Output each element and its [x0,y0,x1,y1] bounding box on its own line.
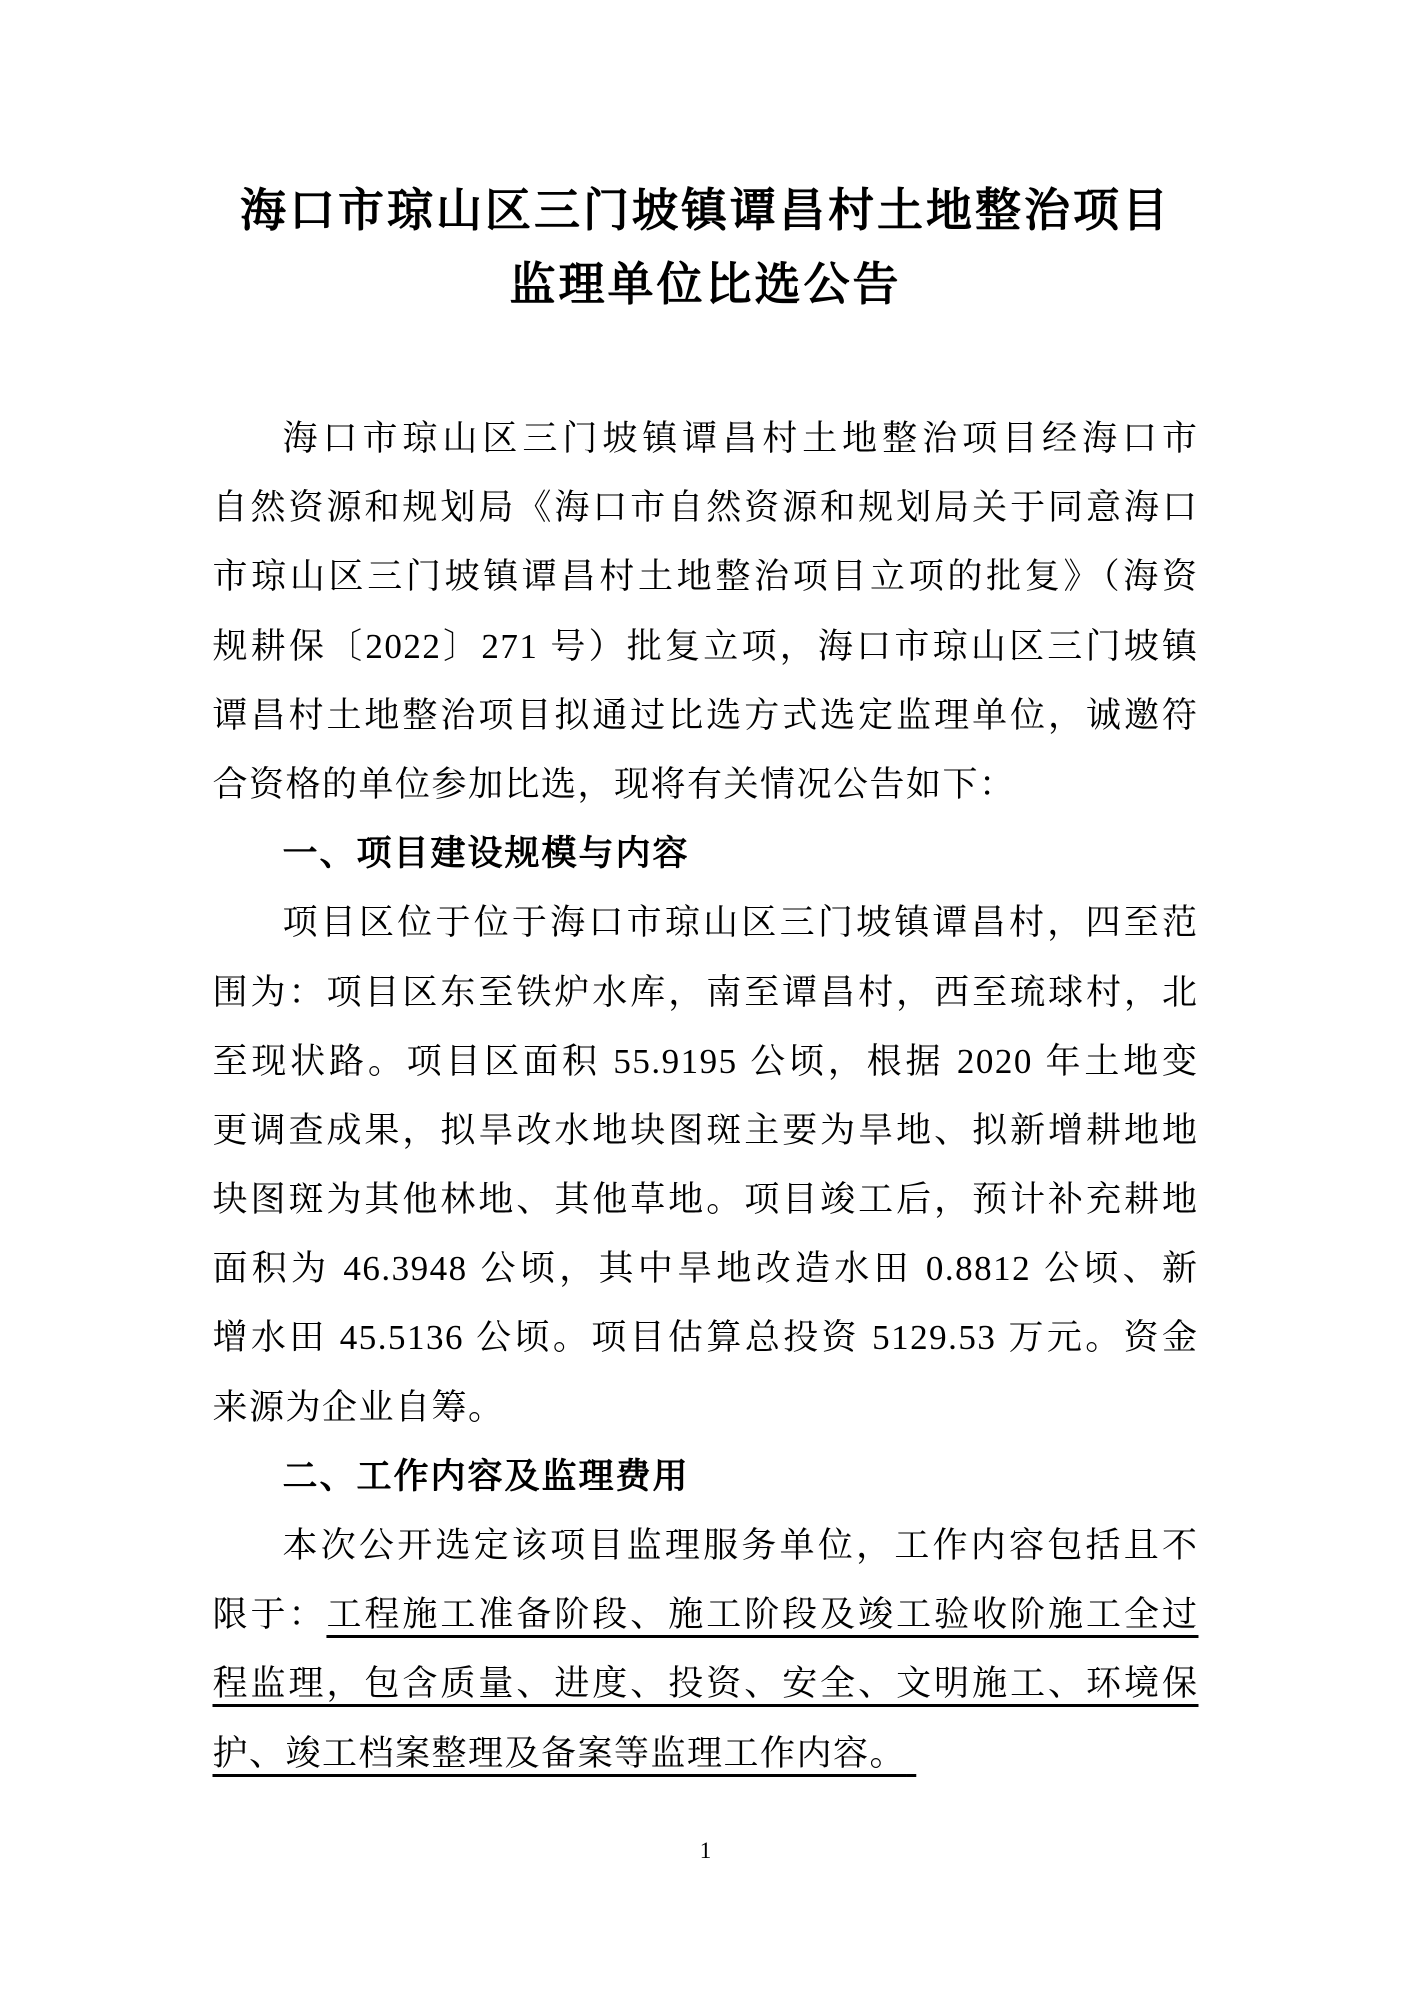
underlined-text: 程监理，包含质量、进度、投资、安全、文明施工、环境保 [213,1664,1199,1703]
document-line: 自然资源和规划局《海口市自然资源和规划局关于同意海口 [213,473,1199,542]
line-text: 至现状路。项目区面积 55.9195 公顷，根据 2020 年土地变 [213,1042,1199,1081]
document-line: 谭昌村土地整治项目拟通过比选方式选定监理单位，诚邀符 [213,681,1199,750]
page-number: 1 [0,1838,1411,1864]
line-text: 增水田 45.5136 公顷。项目估算总投资 5129.53 万元。资金 [213,1318,1199,1357]
line-text: 自然资源和规划局《海口市自然资源和规划局关于同意海口 [213,488,1199,527]
document-page: 海口市琼山区三门坡镇谭昌村土地整治项目 监理单位比选公告 海口市琼山区三门坡镇谭… [0,0,1411,1995]
document-line: 海口市琼山区三门坡镇谭昌村土地整治项目经海口市 [213,404,1199,473]
document-line: 项目区位于位于海口市琼山区三门坡镇谭昌村，四至范 [213,888,1199,957]
document-title: 海口市琼山区三门坡镇谭昌村土地整治项目 监理单位比选公告 [0,0,1411,322]
line-text: 谭昌村土地整治项目拟通过比选方式选定监理单位，诚邀符 [213,696,1199,735]
section-heading: 一、项目建设规模与内容 [213,819,1199,888]
line-text: 市琼山区三门坡镇谭昌村土地整治项目立项的批复》（海资 [213,557,1199,596]
line-text: 更调查成果，拟旱改水地块图斑主要为旱地、拟新增耕地地 [213,1111,1199,1150]
line-text: 合资格的单位参加比选，现将有关情况公告如下： [213,765,1016,804]
underlined-text: 工程施工准备阶段、施工阶段及竣工验收阶施工全过 [326,1595,1198,1634]
underline-extension [906,1734,916,1773]
line-text: 本次公开选定该项目监理服务单位，工作内容包括且不 [283,1526,1199,1565]
line-text: 规耕保〔2022〕271 号）批复立项，海口市琼山区三门坡镇 [213,627,1199,666]
document-line: 规耕保〔2022〕271 号）批复立项，海口市琼山区三门坡镇 [213,612,1199,681]
section-heading: 二、工作内容及监理费用 [213,1442,1199,1511]
document-line: 合资格的单位参加比选，现将有关情况公告如下： [213,750,1199,819]
line-prefix: 限于： [213,1595,327,1634]
line-text: 一、项目建设规模与内容 [283,834,690,873]
line-text: 来源为企业自筹。 [213,1388,505,1427]
document-line: 围为：项目区东至铁炉水库，南至谭昌村，西至琉球村，北 [213,958,1199,1027]
document-line: 至现状路。项目区面积 55.9195 公顷，根据 2020 年土地变 [213,1027,1199,1096]
document-line: 块图斑为其他林地、其他草地。项目竣工后，预计补充耕地 [213,1165,1199,1234]
document-line: 限于：工程施工准备阶段、施工阶段及竣工验收阶施工全过 [213,1580,1199,1649]
document-line: 护、竣工档案整理及备案等监理工作内容。 [213,1719,1199,1788]
line-text: 围为：项目区东至铁炉水库，南至谭昌村，西至琉球村，北 [213,973,1199,1012]
line-text: 海口市琼山区三门坡镇谭昌村土地整治项目经海口市 [283,419,1199,458]
document-line: 市琼山区三门坡镇谭昌村土地整治项目立项的批复》（海资 [213,542,1199,611]
line-text: 面积为 46.3948 公顷，其中旱地改造水田 0.8812 公顷、新 [213,1249,1199,1288]
document-body: 海口市琼山区三门坡镇谭昌村土地整治项目经海口市自然资源和规划局《海口市自然资源和… [213,404,1199,1788]
line-text: 项目区位于位于海口市琼山区三门坡镇谭昌村，四至范 [283,903,1199,942]
document-line: 增水田 45.5136 公顷。项目估算总投资 5129.53 万元。资金 [213,1303,1199,1372]
document-line: 更调查成果，拟旱改水地块图斑主要为旱地、拟新增耕地地 [213,1096,1199,1165]
document-line: 来源为企业自筹。 [213,1373,1199,1442]
document-line: 本次公开选定该项目监理服务单位，工作内容包括且不 [213,1511,1199,1580]
document-line: 程监理，包含质量、进度、投资、安全、文明施工、环境保 [213,1649,1199,1718]
underlined-text: 护、竣工档案整理及备案等监理工作内容。 [213,1734,907,1773]
document-line: 面积为 46.3948 公顷，其中旱地改造水田 0.8812 公顷、新 [213,1234,1199,1303]
title-line-1: 海口市琼山区三门坡镇谭昌村土地整治项目 [0,174,1411,248]
line-text: 块图斑为其他林地、其他草地。项目竣工后，预计补充耕地 [213,1180,1199,1219]
line-text: 二、工作内容及监理费用 [283,1457,690,1496]
title-line-2: 监理单位比选公告 [0,248,1411,322]
